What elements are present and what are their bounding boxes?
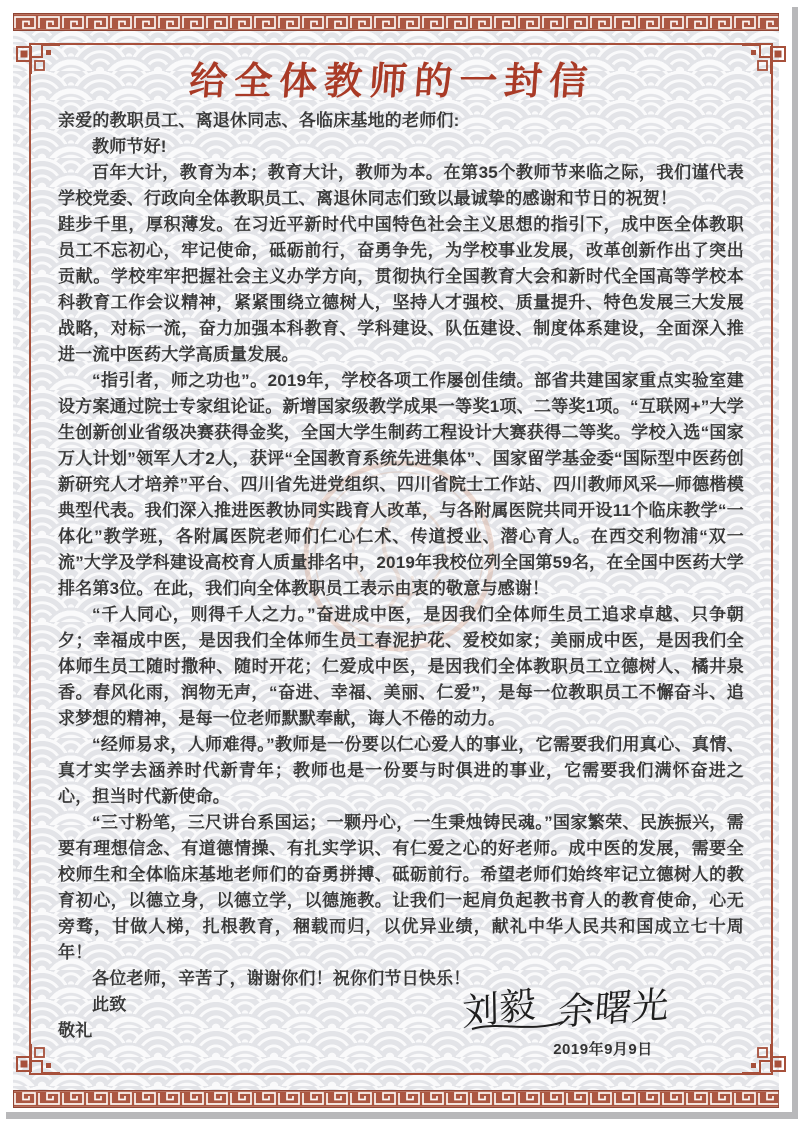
letter-body: 亲爱的教职员工、离退休同志、各临床基地的老师们: 教师节好! 百年大计，教育为本…: [58, 108, 744, 1044]
salutation: 亲爱的教职员工、离退休同志、各临床基地的老师们:: [58, 108, 744, 134]
corner-knot-icon: [17, 1044, 60, 1073]
letter-paragraph: 跬步千里，厚积薄发。在习近平新时代中国特色社会主义思想的指引下，成中医全体教职员…: [58, 212, 744, 368]
paragraph-list: 百年大计，教育为本；教育大计，教师为本。在第35个教师节来临之际，我们谨代表学校…: [58, 160, 744, 992]
signature-block: 刘毅 余曙光: [462, 978, 742, 1032]
signature-flourish-icon: [470, 1018, 566, 1034]
signature-yu-shuguang: 余曙光: [556, 974, 671, 1036]
letter-sheet: 给全体教师的一封信 亲爱的教职员工、离退休同志、各临床基地的老师们: 教师节好!…: [0, 0, 792, 1112]
greeting: 教师节好!: [58, 134, 744, 160]
letter-paragraph: “经师易求，人师难得。”教师是一份要以仁心爱人的事业，它需要我们用真心、真情、真…: [58, 732, 744, 810]
letter-paragraph: “三寸粉笔，三尺讲台系国运；一颗丹心，一生秉烛铸民魂。”国家繁荣、民族振兴，需要…: [58, 810, 744, 966]
letter-paragraph: “指引者，师之功也”。2019年，学校各项工作屡创佳绩。部省共建国家重点实验室建…: [58, 368, 744, 602]
corner-knot-icon: [742, 1044, 785, 1073]
letter-paragraph: 百年大计，教育为本；教育大计，教师为本。在第35个教师节来临之际，我们谨代表学校…: [58, 160, 744, 212]
letter-date: 2019年9月9日: [517, 1038, 689, 1059]
letter-paragraph: “千人同心，则得千人之力。”奋进成中医，是因我们全体师生员工追求卓越、只争朝夕；…: [58, 602, 744, 732]
page-title: 给全体教师的一封信: [0, 50, 786, 105]
